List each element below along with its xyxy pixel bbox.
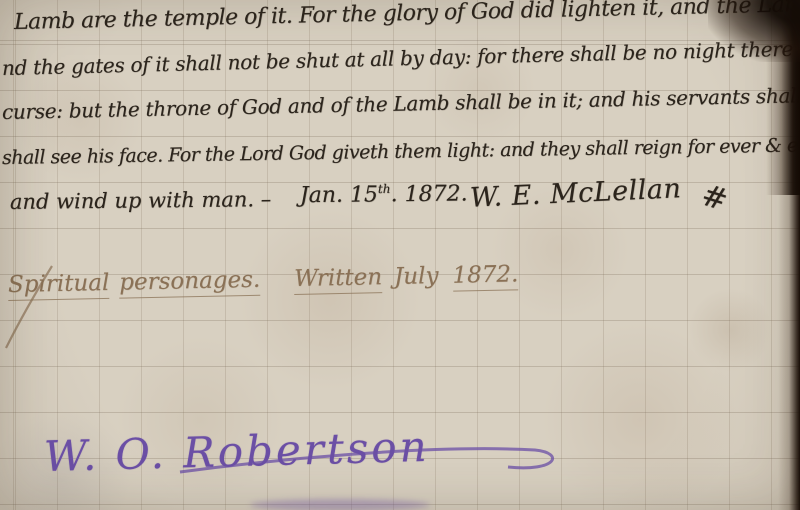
heading-title-word2: personages. <box>119 267 261 299</box>
manuscript-line-3: curse: but the throne of God and of the … <box>2 83 800 124</box>
date-ordinal: th <box>378 182 391 196</box>
signature-mclellan: W. E. McLellan <box>469 173 682 214</box>
heading-note-july: July <box>394 263 439 290</box>
date-year: . 1872. <box>390 181 467 207</box>
purple-signature-robertson: W. O. Robertson <box>43 422 430 481</box>
dark-corner-top-right <box>708 0 800 62</box>
date-day: Jan. 15 <box>300 182 378 208</box>
signature-flourish-mark: # <box>697 178 731 219</box>
closing-text: and wind up with man. – <box>10 187 272 214</box>
manuscript-line-1: Lamb are the temple of it. For the glory… <box>14 0 800 35</box>
heading-note-year: 1872. <box>452 261 518 291</box>
faint-purple-partial-text <box>250 499 430 510</box>
manuscript-photo: Lamb are the temple of it. For the glory… <box>0 0 800 510</box>
section-heading: Spiritualpersonages.WrittenJuly1872. <box>8 261 519 298</box>
date-january-1872: Jan. 15th. 1872. <box>300 181 468 208</box>
heading-note-written: Written <box>294 264 382 295</box>
heading-title-word1: Spiritual <box>8 270 110 301</box>
manuscript-line-4: shall see his face. For the Lord God giv… <box>2 134 800 169</box>
manuscript-line-2: nd the gates of it shall not be shut at … <box>2 37 794 80</box>
closing-line: and wind up with man. – Jan. 15th. 1872.… <box>0 178 800 236</box>
